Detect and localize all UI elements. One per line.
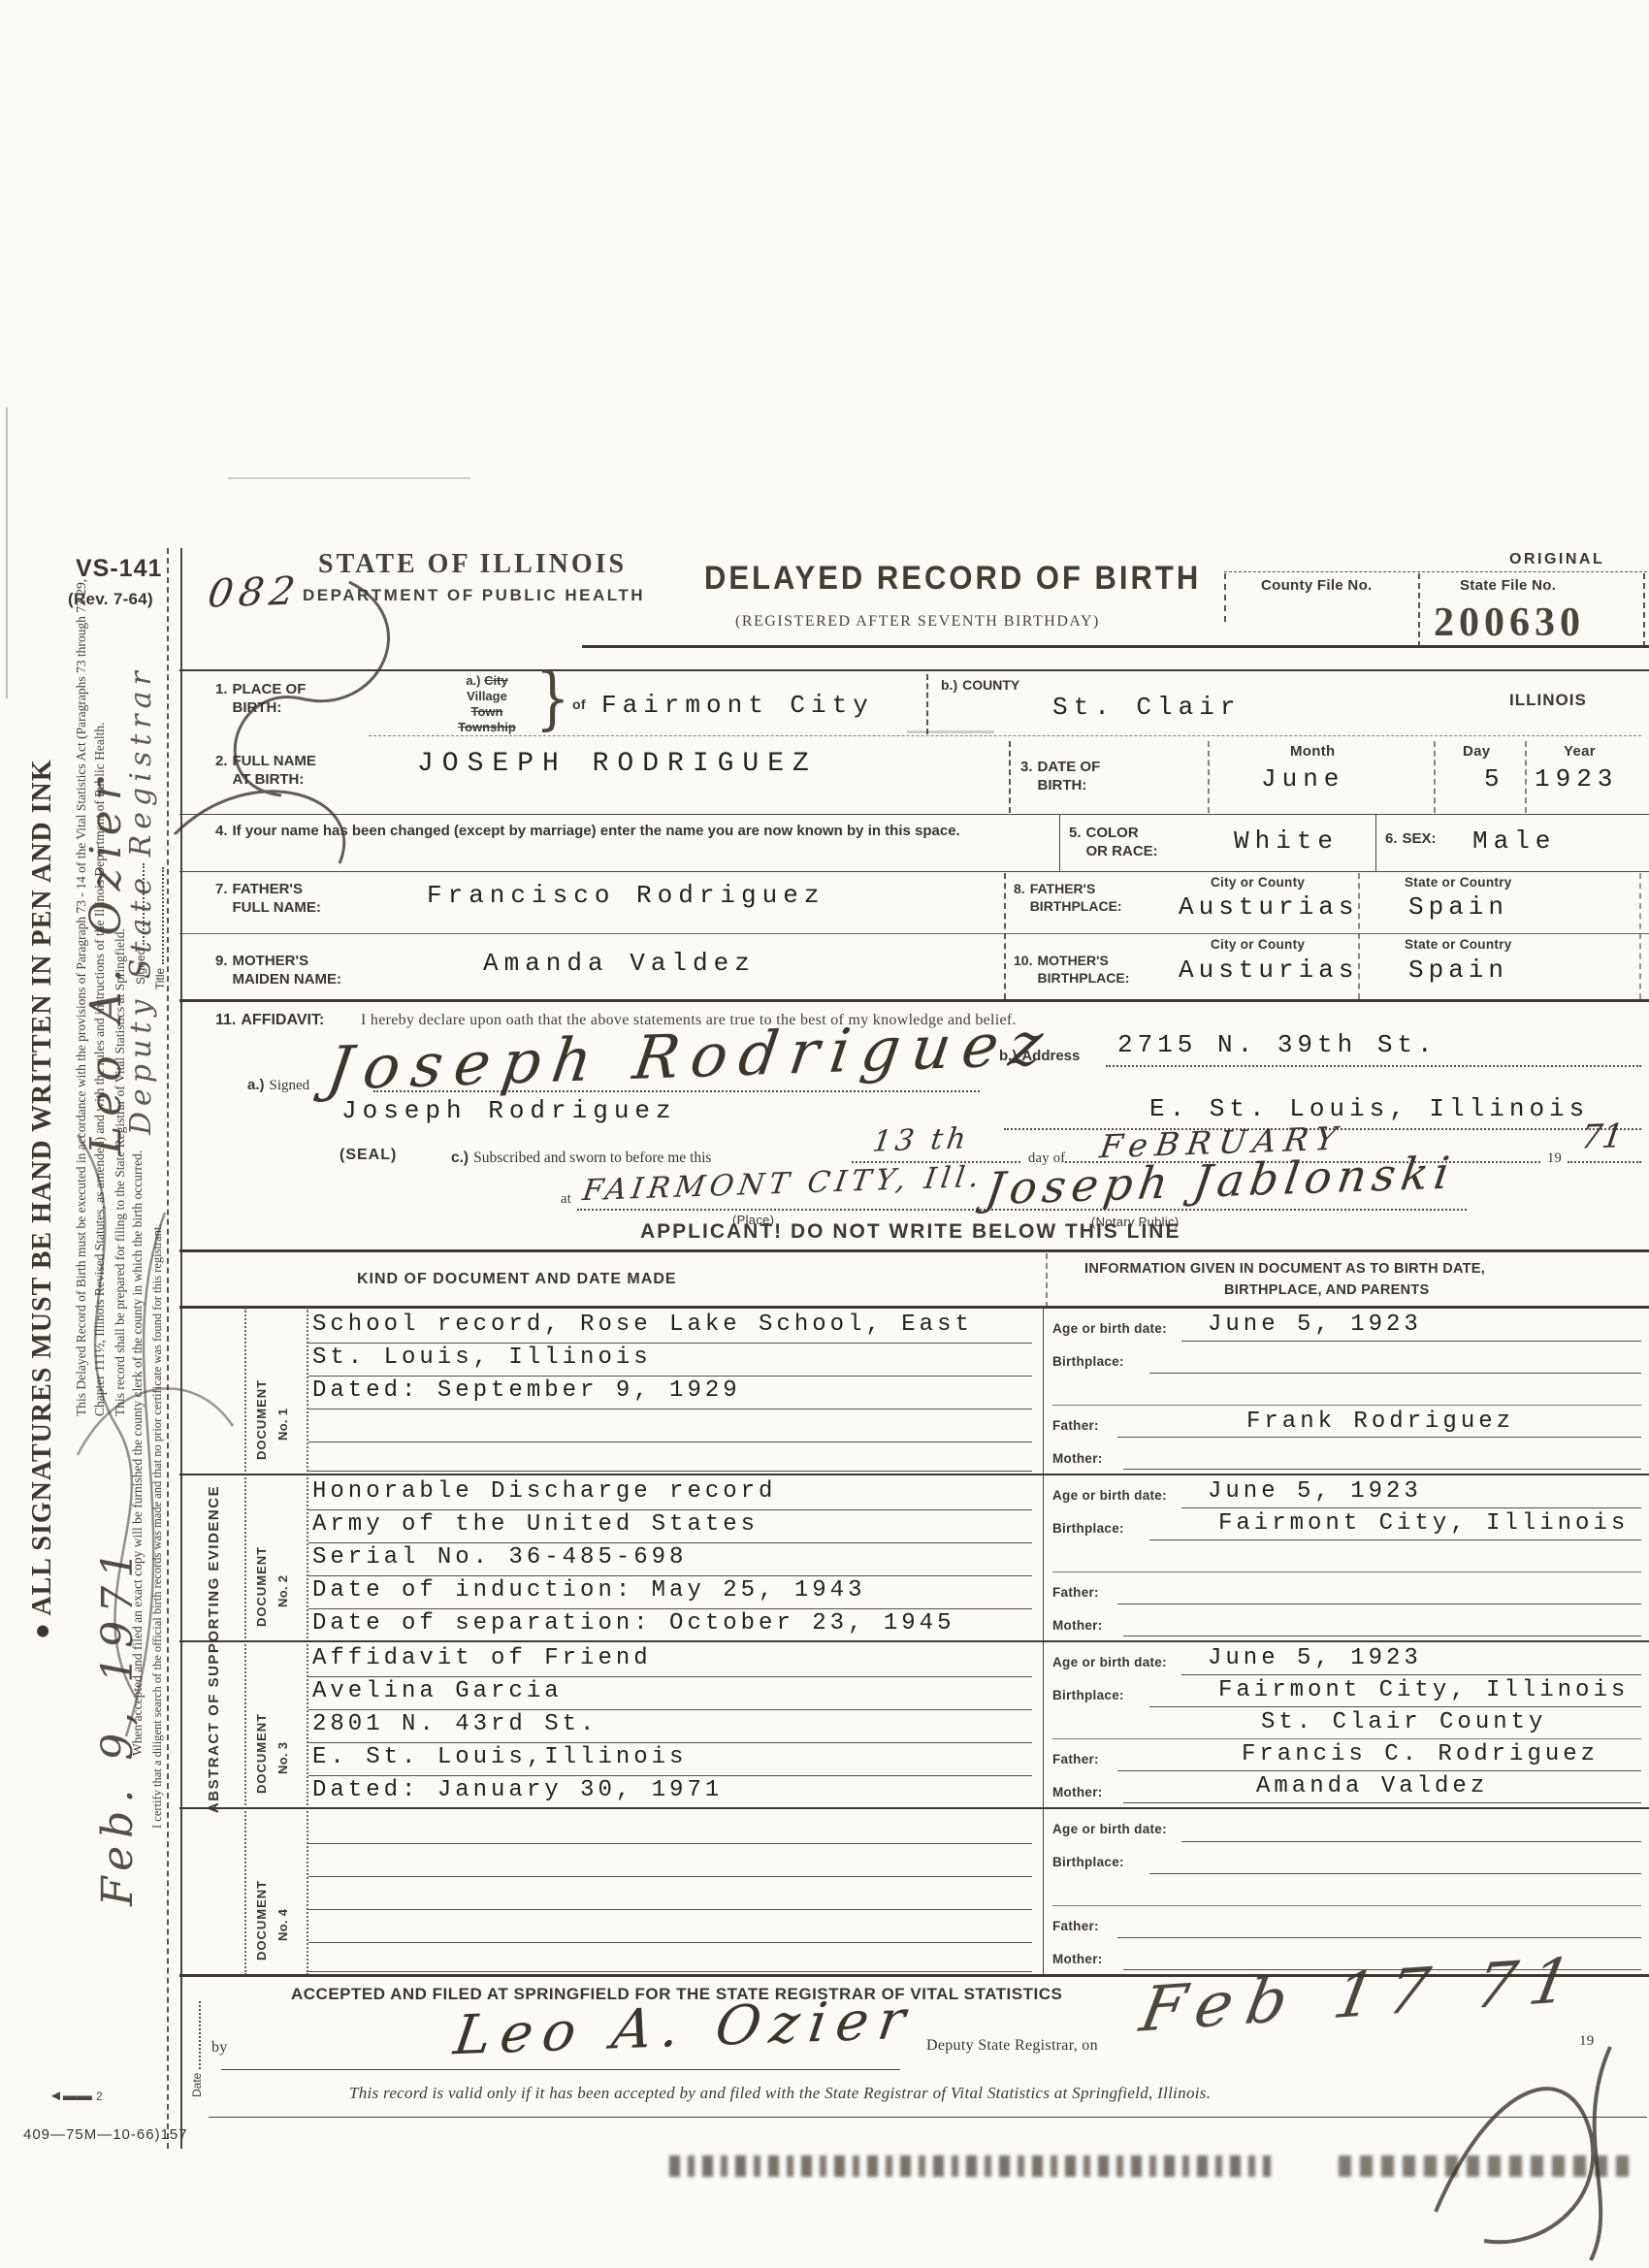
document-2-side-label: DOCUMENT bbox=[254, 1486, 269, 1627]
rule-line bbox=[308, 1471, 1032, 1472]
affidavit-label: 11. AFFIDAVIT: bbox=[215, 1011, 324, 1030]
field-label: MOTHER'S MAIDEN NAME: bbox=[233, 953, 342, 989]
rule-line bbox=[209, 2117, 1647, 2118]
field-label: If your name has been changed (except by… bbox=[233, 823, 960, 841]
field-number: 7. bbox=[215, 881, 228, 918]
rule-line bbox=[308, 1843, 1032, 1844]
birth-month-value: June bbox=[1261, 764, 1344, 794]
rule-line bbox=[308, 1509, 1032, 1510]
sworn-label: c.) Subscribed and sworn to before me th… bbox=[451, 1149, 711, 1167]
doc3-father-value: Francis C. Rodriguez bbox=[1242, 1741, 1599, 1767]
field-label: DATE OF BIRTH: bbox=[1038, 759, 1101, 795]
doc3-birthplace-label: Birthplace: bbox=[1052, 1688, 1124, 1702]
doc2-line2: Army of the United States bbox=[312, 1511, 759, 1538]
father-birthplace-label: 8. FATHER'S BIRTHPLACE: bbox=[1014, 881, 1122, 915]
cutoff-print-artifact bbox=[1339, 2155, 1630, 2177]
full-name-value: JOSEPH RODRIGUEZ bbox=[417, 749, 818, 779]
doc2-line5: Date of separation: October 23, 1945 bbox=[312, 1610, 954, 1636]
doc1-age-value: June 5, 1923 bbox=[1208, 1312, 1422, 1338]
year-header: Year bbox=[1564, 743, 1596, 760]
form-left-border bbox=[180, 548, 182, 2149]
deputy-registrar-label: Deputy State Registrar, on bbox=[926, 2037, 1098, 2055]
mother-name-label: 9. MOTHER'S MAIDEN NAME: bbox=[215, 953, 341, 989]
rule-line bbox=[369, 735, 1641, 736]
rule-line bbox=[1525, 741, 1527, 813]
doc1-father-label: Father: bbox=[1052, 1418, 1099, 1433]
field-label: Address bbox=[1021, 1048, 1080, 1066]
margin-date-label: Date bbox=[190, 1971, 204, 2097]
field-label: SEX: bbox=[1403, 830, 1437, 849]
document-3-side-label: DOCUMENT bbox=[254, 1653, 269, 1794]
field-number: 4. bbox=[215, 823, 228, 841]
rule-line bbox=[1052, 1738, 1641, 1739]
place-of-birth-value: Fairmont City bbox=[601, 691, 874, 720]
birth-year-value: 1923 bbox=[1535, 764, 1618, 794]
rule-line bbox=[1224, 571, 1647, 572]
rule-line bbox=[308, 1676, 1032, 1677]
doc2-age-value: June 5, 1923 bbox=[1208, 1478, 1422, 1505]
document-1-side-label: DOCUMENT bbox=[254, 1319, 269, 1460]
rule-line bbox=[179, 999, 1649, 1002]
option-township: Township bbox=[438, 720, 535, 735]
doc4-mother-label: Mother: bbox=[1052, 1952, 1103, 1966]
rule-line bbox=[1052, 1405, 1641, 1406]
field-number: 10. bbox=[1014, 953, 1032, 987]
document-4-side-label: DOCUMENT bbox=[254, 1820, 269, 1960]
cutoff-print-artifact bbox=[669, 2155, 1271, 2177]
doc3-mother-label: Mother: bbox=[1052, 1785, 1103, 1799]
document-3-side-number: No. 3 bbox=[275, 1668, 290, 1774]
date-of-birth-label: 3. DATE OF BIRTH: bbox=[1020, 759, 1100, 795]
name-changed-label: 4. If your name has been changed (except… bbox=[215, 823, 960, 841]
rule-line bbox=[308, 1876, 1032, 1877]
rule-line bbox=[1117, 1937, 1641, 1938]
print-code: 409—75M—10-66)157 bbox=[23, 2126, 188, 2143]
doc2-father-label: Father: bbox=[1052, 1585, 1099, 1600]
rule-line bbox=[308, 1376, 1032, 1377]
rule-line bbox=[1181, 1674, 1641, 1675]
doc3-age-value: June 5, 1923 bbox=[1208, 1645, 1422, 1671]
validity-note: This record is valid only if it has been… bbox=[349, 2084, 1211, 2103]
doc4-age-label: Age or birth date: bbox=[1052, 1822, 1167, 1836]
field-number: 9. bbox=[215, 953, 228, 989]
field-label: COUNTY bbox=[962, 677, 1019, 695]
doc3-age-label: Age or birth date: bbox=[1052, 1655, 1167, 1669]
mother-bp-state-header: State or Country bbox=[1405, 937, 1512, 952]
option-city: City bbox=[484, 673, 508, 688]
by-label: by bbox=[211, 2039, 228, 2057]
form-left-border bbox=[167, 548, 169, 2149]
dotted-line bbox=[162, 867, 164, 964]
rule-line bbox=[179, 814, 1649, 815]
document-subtitle: (REGISTERED AFTER SEVENTH BIRTHDAY) bbox=[735, 613, 1100, 631]
address-line2-value: E. St. Louis, Illinois bbox=[1149, 1094, 1589, 1123]
mother-birthplace-label: 10. MOTHER'S BIRTHPLACE: bbox=[1014, 953, 1129, 987]
margin-certify-paragraph: I certify that a diligent search of the … bbox=[150, 1019, 165, 1829]
state-value: ILLINOIS bbox=[1509, 691, 1587, 710]
field-label: MOTHER'S BIRTHPLACE: bbox=[1037, 953, 1129, 987]
rule-line bbox=[179, 669, 1649, 671]
field-number: 2. bbox=[215, 753, 228, 790]
doc3-birthplace2-value: St. Clair County bbox=[1261, 1709, 1546, 1735]
scan-edge-artifact bbox=[6, 407, 8, 698]
rule-line bbox=[1059, 815, 1060, 871]
applicant-signature-typed: Joseph Rodriguez bbox=[341, 1096, 677, 1125]
registrar-signature-line bbox=[221, 2069, 900, 2070]
rule-line bbox=[1208, 741, 1210, 813]
doc1-birthplace-label: Birthplace: bbox=[1052, 1354, 1124, 1369]
doc3-mother-value: Amanda Valdez bbox=[1256, 1773, 1488, 1799]
father-name-value: Francisco Rodriguez bbox=[427, 881, 824, 910]
field-prefix: a.) bbox=[247, 1077, 265, 1095]
field-label: FATHER'S BIRTHPLACE: bbox=[1030, 881, 1122, 915]
doc2-birthplace-value: Fairmont City, Illinois bbox=[1218, 1510, 1629, 1537]
doc1-line1: School record, Rose Lake School, East bbox=[312, 1312, 973, 1338]
mother-name-value: Amanda Valdez bbox=[483, 949, 756, 978]
rule-line bbox=[582, 645, 1649, 648]
doc2-mother-label: Mother: bbox=[1052, 1618, 1103, 1633]
doc3-father-label: Father: bbox=[1052, 1752, 1099, 1766]
option-village: Village bbox=[438, 689, 535, 704]
color-race-value: White bbox=[1234, 826, 1339, 856]
filed-date-script: Feb 17 71 bbox=[1135, 1944, 1590, 2046]
doc2-line1: Honorable Discharge record bbox=[312, 1478, 776, 1505]
document-2-side-number: No. 2 bbox=[275, 1501, 290, 1607]
mother-bp-city-header: City or County bbox=[1211, 937, 1305, 952]
rule-line bbox=[1224, 573, 1226, 622]
brace-glyph: } bbox=[535, 660, 570, 738]
birth-day-value: 5 bbox=[1484, 764, 1505, 794]
field-label: COLOR OR RACE: bbox=[1086, 825, 1158, 861]
doc2-age-label: Age or birth date: bbox=[1052, 1488, 1167, 1503]
sex-value: Male bbox=[1472, 826, 1556, 856]
rule-line bbox=[926, 674, 928, 734]
at-label: at bbox=[561, 1191, 571, 1208]
rule-line bbox=[1434, 741, 1436, 813]
department-title: DEPARTMENT OF PUBLIC HEALTH bbox=[303, 586, 645, 605]
rule-line bbox=[179, 1249, 1649, 1252]
rule-line bbox=[308, 1971, 1032, 1972]
handwritten-code: 082 bbox=[205, 568, 303, 616]
scan-smudge bbox=[907, 730, 994, 733]
ink-scribble bbox=[1397, 2018, 1649, 2268]
father-bp-city-value: Austurias bbox=[1179, 892, 1358, 922]
field-label: FULL NAME AT BIRTH: bbox=[233, 753, 316, 790]
do-not-write-warning: APPLICANT! DO NOT WRITE BELOW THIS LINE bbox=[640, 1220, 1180, 1244]
sex-label: 6. SEX: bbox=[1385, 830, 1437, 849]
doc4-father-label: Father: bbox=[1052, 1919, 1099, 1933]
rule-line bbox=[1009, 741, 1011, 813]
label-text: Date bbox=[190, 2073, 204, 2097]
doc3-line1: Affidavit of Friend bbox=[312, 1645, 652, 1671]
rule-line bbox=[1117, 1770, 1641, 1771]
state-file-label: State File No. bbox=[1460, 577, 1556, 594]
full-name-label: 2. FULL NAME AT BIRTH: bbox=[215, 753, 316, 790]
rule-line bbox=[308, 1709, 1032, 1710]
rule-line bbox=[1117, 1604, 1641, 1604]
field-prefix: b.) bbox=[941, 677, 957, 695]
year-prefix: 19 bbox=[1547, 1150, 1562, 1167]
color-race-label: 5. COLOR OR RACE: bbox=[1069, 825, 1158, 861]
footer-year-prefix: 19 bbox=[1579, 2033, 1595, 2050]
rule-line bbox=[308, 1775, 1032, 1776]
field-label: Signed bbox=[270, 1077, 310, 1095]
state-title: STATE OF ILLINOIS bbox=[318, 549, 627, 580]
field-prefix: c.) bbox=[451, 1149, 469, 1167]
father-name-label: 7. FATHER'S FULL NAME: bbox=[215, 881, 321, 918]
field-label: FATHER'S FULL NAME: bbox=[233, 881, 321, 918]
doc3-line2: Avelina Garcia bbox=[312, 1678, 563, 1704]
option-town: Town bbox=[438, 704, 535, 720]
rule-line bbox=[1123, 1469, 1641, 1470]
rule-line bbox=[308, 1442, 1032, 1442]
mother-bp-state-value: Spain bbox=[1408, 956, 1508, 985]
rule-line bbox=[179, 1807, 1649, 1809]
rule-line bbox=[1046, 1253, 1048, 1308]
document-1-side-number: No. 1 bbox=[275, 1334, 290, 1441]
dotted-line bbox=[199, 2001, 201, 2069]
county-value: St. Clair bbox=[1052, 693, 1241, 722]
county-label: b.) COUNTY bbox=[941, 677, 1019, 695]
scanned-birth-certificate: VS-141 (Rev. 7-64) STATE OF ILLINOIS DEP… bbox=[0, 0, 1649, 2268]
option-prefix: a.) bbox=[466, 673, 480, 688]
doc3-birthplace-value: Fairmont City, Illinois bbox=[1218, 1677, 1629, 1703]
field-label: PLACE OF BIRTH: bbox=[233, 681, 307, 718]
rule-line bbox=[179, 871, 1649, 872]
doc1-age-label: Age or birth date: bbox=[1052, 1321, 1167, 1336]
rule-line bbox=[1181, 1341, 1641, 1342]
kind-of-document-header: KIND OF DOCUMENT AND DATE MADE bbox=[357, 1271, 677, 1288]
doc1-mother-label: Mother: bbox=[1052, 1451, 1103, 1466]
rule-line bbox=[308, 1909, 1032, 1910]
rule-line bbox=[179, 1640, 1649, 1642]
field-number: 1. bbox=[215, 681, 228, 718]
document-4-side-number: No. 4 bbox=[275, 1834, 290, 1941]
rule-line bbox=[1004, 873, 1006, 999]
field-number: 5. bbox=[1069, 825, 1082, 861]
county-file-label: County File No. bbox=[1261, 577, 1373, 594]
field-prefix: b.) bbox=[999, 1048, 1017, 1066]
sworn-day-script: 13 th bbox=[870, 1121, 972, 1158]
scan-smudge bbox=[228, 477, 470, 479]
margin-date-script: Feb. 9, 1971 bbox=[93, 1518, 143, 1906]
doc2-line4: Date of induction: May 25, 1943 bbox=[312, 1577, 865, 1604]
rule-line bbox=[1149, 1539, 1641, 1540]
margin-notice: ● ALL SIGNATURES MUST BE HAND WRITTEN IN… bbox=[27, 611, 58, 1639]
rule-line bbox=[308, 1742, 1032, 1743]
field-label: AFFIDAVIT: bbox=[241, 1011, 324, 1030]
rule-line bbox=[308, 1409, 1032, 1409]
rule-line bbox=[1375, 815, 1376, 871]
sworn-year-script: 71 bbox=[1578, 1117, 1626, 1156]
state-file-number: 200630 bbox=[1434, 599, 1585, 646]
address-label: b.) Address bbox=[999, 1048, 1080, 1066]
rule-line bbox=[1117, 1437, 1641, 1438]
field-number: 11. bbox=[215, 1011, 236, 1030]
rule-line bbox=[1418, 573, 1420, 647]
doc1-line2: St. Louis, Illinois bbox=[312, 1345, 652, 1371]
field-label: Subscribed and sworn to before me this bbox=[473, 1149, 711, 1167]
field-number: 8. bbox=[1014, 881, 1025, 915]
margin-deputy-script: Deputy State Registrar bbox=[124, 514, 158, 1135]
signed-label: a.) Signed bbox=[247, 1077, 309, 1095]
rule-line bbox=[1149, 1373, 1641, 1374]
father-bp-state-header: State or Country bbox=[1405, 875, 1512, 890]
rule-line bbox=[1123, 1802, 1641, 1803]
father-bp-city-header: City or County bbox=[1211, 875, 1305, 890]
doc1-father-value: Frank Rodriguez bbox=[1246, 1409, 1514, 1435]
field-number: 6. bbox=[1385, 830, 1398, 849]
father-bp-state-value: Spain bbox=[1408, 892, 1508, 922]
seal-label: (SEAL) bbox=[339, 1147, 397, 1164]
rule-line bbox=[1052, 1571, 1641, 1572]
rule-line bbox=[1639, 873, 1641, 999]
mother-bp-city-value: Austurias bbox=[1179, 956, 1358, 985]
address-line1-value: 2715 N. 39th St. bbox=[1117, 1030, 1438, 1059]
field-number: 3. bbox=[1020, 759, 1033, 795]
place-type-options: a.) City Village Town Township bbox=[438, 673, 535, 735]
rule-line bbox=[1181, 1841, 1641, 1842]
rule-line bbox=[1568, 1161, 1641, 1163]
rule-line bbox=[1052, 1905, 1641, 1906]
rule-line bbox=[1123, 1636, 1641, 1636]
rule-line bbox=[308, 1608, 1032, 1609]
page-marker: 2 bbox=[96, 2090, 103, 2103]
rule-line bbox=[1643, 573, 1645, 647]
page-marker-arrow: ◄▬▬ 2 bbox=[48, 2088, 103, 2104]
abstract-side-label: ABSTRACT OF SUPPORTING EVIDENCE bbox=[206, 1329, 222, 1969]
doc2-birthplace-label: Birthplace: bbox=[1052, 1521, 1124, 1536]
rule-line bbox=[1181, 1507, 1641, 1508]
doc3-line4: E. St. Louis,Illinois bbox=[312, 1744, 687, 1770]
doc1-line3: Dated: September 9, 1929 bbox=[312, 1377, 741, 1404]
doc4-birthplace-label: Birthplace: bbox=[1052, 1855, 1124, 1869]
doc2-line3: Serial No. 36-485-698 bbox=[312, 1544, 687, 1571]
rule-line bbox=[1149, 1873, 1641, 1874]
info-header-line1: INFORMATION GIVEN IN DOCUMENT AS TO BIRT… bbox=[1084, 1261, 1485, 1277]
doc3-line5: Dated: January 30, 1971 bbox=[312, 1777, 723, 1803]
of-label: of bbox=[572, 697, 586, 712]
place-of-birth-label: 1. PLACE OF BIRTH: bbox=[215, 681, 306, 718]
document-title: DELAYED RECORD OF BIRTH bbox=[704, 559, 1201, 598]
rule-line bbox=[179, 1474, 1649, 1475]
info-header-line2: BIRTHPLACE, AND PARENTS bbox=[1224, 1282, 1430, 1298]
month-header: Month bbox=[1290, 743, 1335, 760]
rule-line bbox=[308, 1575, 1032, 1576]
rule-line bbox=[179, 1306, 1649, 1309]
rule-line bbox=[308, 1542, 1032, 1543]
day-header: Day bbox=[1463, 743, 1490, 760]
rule-line bbox=[1106, 1065, 1641, 1067]
doc3-line3: 2801 N. 43rd St. bbox=[312, 1711, 598, 1737]
rule-line bbox=[179, 933, 1649, 934]
original-label: ORIGINAL bbox=[1509, 551, 1604, 568]
rule-line bbox=[308, 1942, 1032, 1943]
rule-line bbox=[308, 1343, 1032, 1344]
rule-line bbox=[1149, 1706, 1641, 1707]
